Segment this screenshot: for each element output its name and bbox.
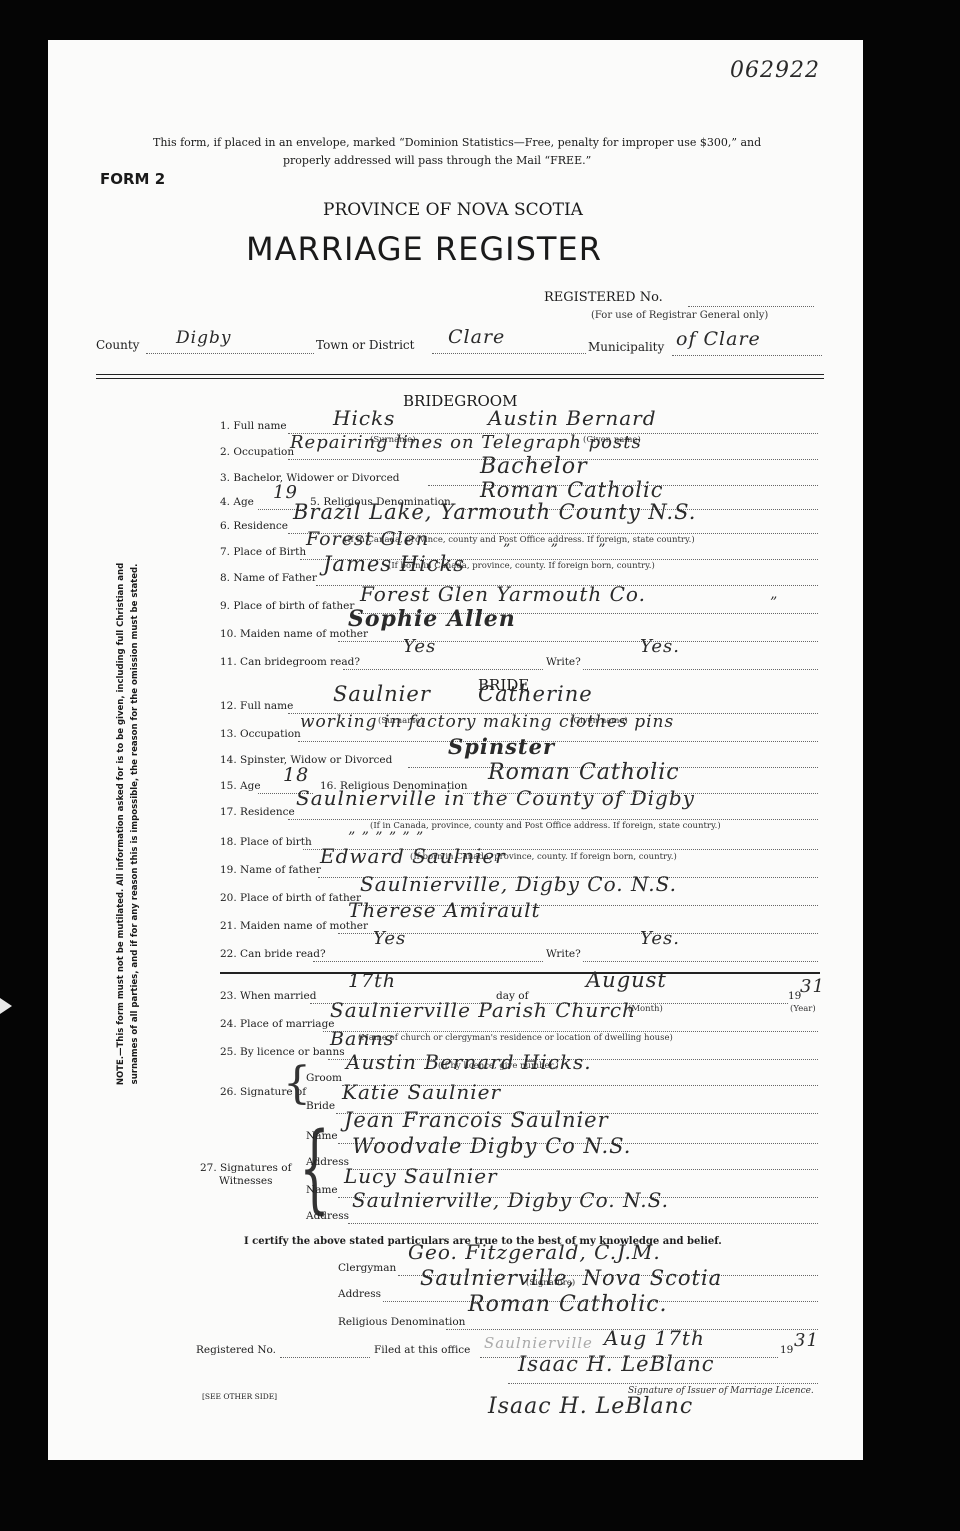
filed-date[interactable]: Aug 17th [604,1326,705,1350]
groom-father[interactable]: James Hicks [323,552,465,576]
place-of-marriage[interactable]: Saulnierville Parish Church [330,998,636,1022]
bride-residence-label: 17. Residence [220,806,295,818]
extra-signature: Isaac H. LeBlanc [488,1394,693,1419]
witness1-address[interactable]: Woodvale Digby Co N.S. [352,1134,631,1158]
header-divider [96,374,824,375]
groom-father-birthplace-ditto[interactable]: ” [770,595,778,611]
place-of-marriage-line [323,1031,818,1032]
clergy-address-label: Address [338,1288,381,1300]
bride-occupation-label: 13. Occupation [220,728,301,740]
bride-residence-line [288,819,818,820]
witnesses-label: 27. Signatures of Witnesses [200,1162,291,1188]
page-title: MARRIAGE REGISTER [246,230,602,268]
groom-write[interactable]: Yes. [640,636,680,657]
marriage-year[interactable]: 31 [800,976,825,997]
groom-read-line [343,669,543,670]
groom-age-label: 4. Age [220,496,254,508]
registered-no-footer-label: Registered No. [196,1344,276,1356]
see-other-side: [SEE OTHER SIDE] [202,1392,277,1401]
bride-write[interactable]: Yes. [640,928,680,949]
registered-no-note: (For use of Registrar General only) [591,310,768,321]
witnesses-label-line1: 27. Signatures of [200,1162,291,1175]
groom-given-name[interactable]: Austin Bernard [488,406,657,430]
bride-status[interactable]: Spinster [448,734,555,759]
marriage-divider [220,972,820,974]
groom-status-label: 3. Bachelor, Widower or Divorced [220,472,400,484]
groom-residence-label: 6. Residence [220,520,288,532]
groom-status[interactable]: Bachelor [480,454,588,479]
marriage-month[interactable]: August [586,968,667,992]
postage-note-line2: properly addressed will pass through the… [283,154,591,167]
groom-residence[interactable]: Brazil Lake, Yarmouth County N.S. [293,500,696,524]
postage-note-line1: This form, if placed in an envelope, mar… [153,136,761,149]
groom-mother-label: 10. Maiden name of mother [220,628,368,640]
side-note-line1: NOTE.—This form must not be mutilated. A… [114,514,128,1134]
province-heading: PROVINCE OF NOVA SCOTIA [323,200,583,220]
bride-occupation-line [298,741,818,742]
town-label: Town or District [316,338,414,352]
county-value[interactable]: Digby [176,328,231,348]
bride-mother[interactable]: Therese Amirault [348,898,541,922]
bride-signature[interactable]: Katie Saulnier [342,1080,501,1104]
bride-age[interactable]: 18 [283,764,309,786]
groom-write-label: Write? [546,656,581,668]
municipality-value[interactable]: of Clare [676,328,761,350]
groom-father-label: 8. Name of Father [220,572,317,584]
registered-no-label: REGISTERED No. [544,290,663,305]
groom-father-birthplace[interactable]: Forest Glen Yarmouth Co. [360,582,646,606]
bride-mother-line [338,933,818,934]
bride-residence[interactable]: Saulnierville in the County of Digby [296,786,695,810]
groom-mother[interactable]: Sophie Allen [348,606,516,632]
groom-signature[interactable]: Austin Bernard Hicks. [346,1050,592,1074]
bride-surname[interactable]: Saulnier [333,682,431,706]
bride-read[interactable]: Yes [373,928,406,949]
municipality-line [672,355,822,356]
clergy-address[interactable]: Saulnierville, Nova Scotia [420,1266,722,1290]
issuer-signature[interactable]: Isaac H. LeBlanc [518,1352,715,1376]
town-value[interactable]: Clare [448,326,505,348]
groom-surname[interactable]: Hicks [333,406,395,430]
year-hint: (Year) [790,1004,816,1014]
bride-read-line [313,961,543,962]
licence-or-banns-label: 25. By licence or banns [220,1046,345,1058]
witness2-name-label: Name [306,1184,338,1196]
groom-birthplace-label: 7. Place of Birth [220,546,306,558]
registered-no-footer-field[interactable] [280,1357,370,1358]
clergyman-signature[interactable]: Geo. Fitzgerald, C.J.M. [408,1240,661,1264]
filed-place-stamp: Saulnierville [484,1334,593,1352]
witness2-address-label: Address [306,1210,349,1222]
bride-father-birthplace[interactable]: Saulnierville, Digby Co. N.S. [360,872,677,896]
witness2-name[interactable]: Lucy Saulnier [344,1164,498,1188]
bride-mother-label: 21. Maiden name of mother [220,920,368,932]
licence-or-banns[interactable]: Banns [330,1028,395,1050]
bride-write-label: Write? [546,948,581,960]
filed-label: Filed at this office [374,1344,470,1356]
groom-birthplace-ditto[interactable]: ” ” ” [503,542,623,558]
bride-birthplace-label: 18. Place of birth [220,836,312,848]
when-married-label: 23. When married [220,990,316,1002]
groom-occupation-label: 2. Occupation [220,446,294,458]
clergy-religion[interactable]: Roman Catholic. [468,1292,668,1317]
bride-occupation[interactable]: working in factory making clothes pins [300,712,674,732]
witness1-name[interactable]: Jean Francois Saulnier [344,1108,609,1132]
marriage-register-page: 062922 This form, if placed in an envelo… [48,40,863,1460]
side-note: NOTE.—This form must not be mutilated. A… [114,514,142,1134]
groom-father-birthplace-label: 9. Place of birth of father [220,600,354,612]
groom-religion[interactable]: Roman Catholic [480,478,663,502]
county-label: County [96,338,139,352]
bride-age-label: 15. Age [220,780,261,792]
bride-father[interactable]: Edward Saulnier [320,844,506,868]
serial-number: 062922 [730,58,820,83]
issuer-signature-line [508,1383,818,1384]
witness2-address[interactable]: Saulnierville, Digby Co. N.S. [352,1188,669,1212]
bride-full-name-label: 12. Full name [220,700,293,712]
groom-read[interactable]: Yes [403,636,436,657]
bride-signature-label: Bride [306,1100,335,1112]
bride-read-label: 22. Can bride read? [220,948,326,960]
county-line [146,353,314,354]
form-label: FORM 2 [100,170,165,188]
marriage-day[interactable]: 17th [348,970,396,992]
witnesses-label-line2: Witnesses [200,1175,291,1188]
place-of-marriage-hint: (Name of church or clergyman's residence… [358,1033,673,1043]
municipality-label: Municipality [588,340,664,354]
groom-full-name-label: 1. Full name [220,420,287,432]
bride-write-line [583,961,818,962]
filed-year-prefix: 19 [780,1344,793,1356]
groom-birthplace[interactable]: Forest Glen [306,528,429,550]
registered-no-field[interactable] [688,306,814,307]
clergyman-label: Clergyman [338,1262,396,1274]
witness1-name-label: Name [306,1130,338,1142]
witness1-address-label: Address [306,1156,349,1168]
side-note-line2: surnames of all parties, and if for any … [128,514,142,1134]
town-line [432,353,586,354]
groom-signature-label: Groom [306,1072,342,1084]
bride-given-name[interactable]: Catherine [478,682,593,706]
witness2-address-line [348,1223,818,1224]
groom-occupation[interactable]: Repairing lines on Telegraph posts [290,432,642,453]
filed-year[interactable]: 31 [794,1330,819,1351]
groom-read-label: 11. Can bridegroom read? [220,656,360,668]
bride-religion[interactable]: Roman Catholic [488,760,680,785]
groom-write-line [583,669,818,670]
clergy-religion-label: Religious Denomination [338,1316,465,1328]
header-divider-2 [96,378,824,379]
place-of-marriage-label: 24. Place of marriage [220,1018,335,1030]
bride-father-label: 19. Name of father [220,864,321,876]
left-edge-arrow-icon [0,998,12,1014]
bride-father-birthplace-label: 20. Place of birth of father [220,892,361,904]
